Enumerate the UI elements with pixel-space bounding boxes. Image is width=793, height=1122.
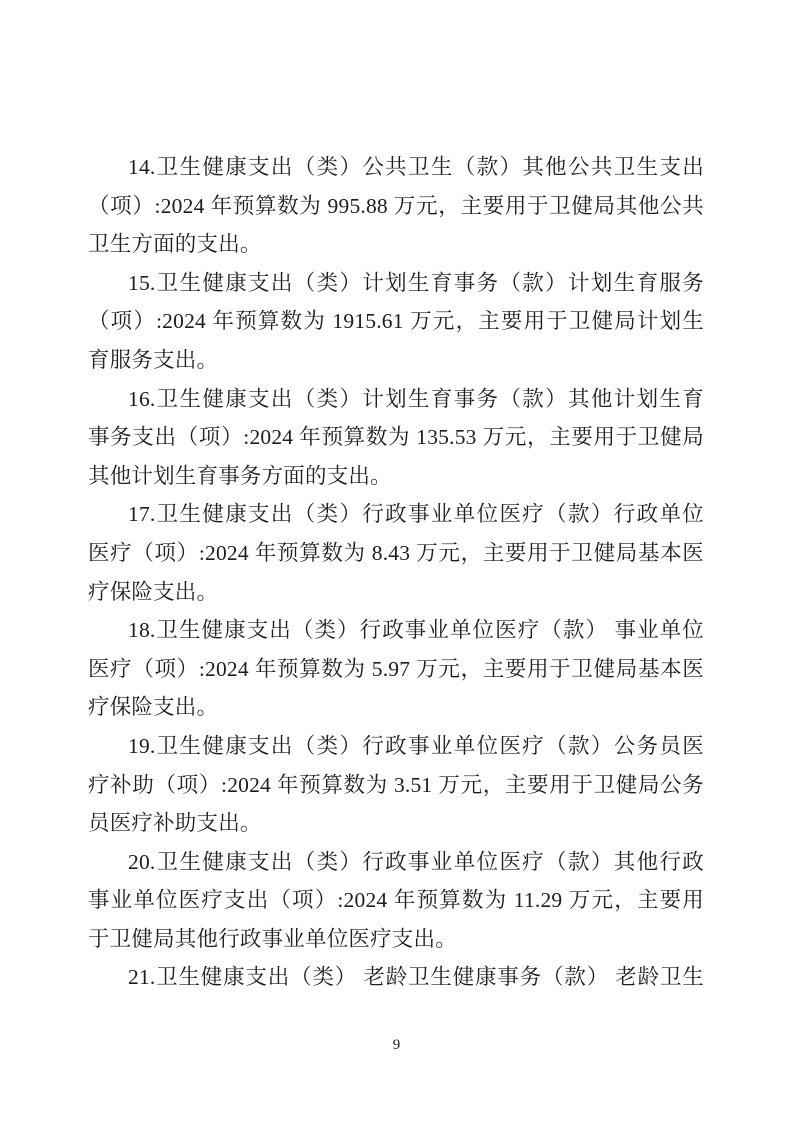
paragraph-line: 21.卫生健康支出（类） 老龄卫生健康事务（款） 老龄卫生 xyxy=(88,958,704,997)
paragraph-line: 医疗（项）:2024 年预算数为 5.97 万元，主要用于卫健局基本医 xyxy=(88,650,704,689)
paragraph-line: 疗保险支出。 xyxy=(88,688,704,727)
paragraph-line: 卫生方面的支出。 xyxy=(88,225,704,264)
paragraph-line: 16.卫生健康支出（类）计划生育事务（款）其他计划生育 xyxy=(88,380,704,419)
paragraph-line: 其他计划生育事务方面的支出。 xyxy=(88,457,704,496)
paragraph-line: 19.卫生健康支出（类）行政事业单位医疗（款）公务员医 xyxy=(88,727,704,766)
paragraph-line: 20.卫生健康支出（类）行政事业单位医疗（款）其他行政 xyxy=(88,843,704,882)
paragraph-line: 事业单位医疗支出（项）:2024 年预算数为 11.29 万元，主要用 xyxy=(88,881,704,920)
paragraph-line: 14.卫生健康支出（类）公共卫生（款）其他公共卫生支出 xyxy=(88,148,704,187)
document-body: 14.卫生健康支出（类）公共卫生（款）其他公共卫生支出（项）:2024 年预算数… xyxy=(88,148,704,997)
paragraph-line: 疗补助（项）:2024 年预算数为 3.51 万元，主要用于卫健局公务 xyxy=(88,766,704,805)
paragraph-line: 于卫健局其他行政事业单位医疗支出。 xyxy=(88,920,704,959)
paragraph-line: （项）:2024 年预算数为 1915.61 万元，主要用于卫健局计划生 xyxy=(88,302,704,341)
paragraph-line: 17.卫生健康支出（类）行政事业单位医疗（款）行政单位 xyxy=(88,495,704,534)
page-number: 9 xyxy=(0,1034,793,1056)
budget-paragraph: 20.卫生健康支出（类）行政事业单位医疗（款）其他行政事业单位医疗支出（项）:2… xyxy=(88,843,704,959)
budget-paragraph: 17.卫生健康支出（类）行政事业单位医疗（款）行政单位医疗（项）:2024 年预… xyxy=(88,495,704,611)
budget-paragraph: 18.卫生健康支出（类）行政事业单位医疗（款） 事业单位医疗（项）:2024 年… xyxy=(88,611,704,727)
paragraph-line: 15.卫生健康支出（类）计划生育事务（款）计划生育服务 xyxy=(88,264,704,303)
paragraph-line: 疗保险支出。 xyxy=(88,573,704,612)
budget-paragraph: 15.卫生健康支出（类）计划生育事务（款）计划生育服务（项）:2024 年预算数… xyxy=(88,264,704,380)
budget-paragraph: 14.卫生健康支出（类）公共卫生（款）其他公共卫生支出（项）:2024 年预算数… xyxy=(88,148,704,264)
paragraph-line: 员医疗补助支出。 xyxy=(88,804,704,843)
paragraph-line: 医疗（项）:2024 年预算数为 8.43 万元，主要用于卫健局基本医 xyxy=(88,534,704,573)
paragraph-line: 18.卫生健康支出（类）行政事业单位医疗（款） 事业单位 xyxy=(88,611,704,650)
budget-paragraph: 21.卫生健康支出（类） 老龄卫生健康事务（款） 老龄卫生 xyxy=(88,958,704,997)
paragraph-line: 育服务支出。 xyxy=(88,341,704,380)
budget-paragraph: 16.卫生健康支出（类）计划生育事务（款）其他计划生育事务支出（项）:2024 … xyxy=(88,380,704,496)
budget-paragraph: 19.卫生健康支出（类）行政事业单位医疗（款）公务员医疗补助（项）:2024 年… xyxy=(88,727,704,843)
paragraph-line: （项）:2024 年预算数为 995.88 万元，主要用于卫健局其他公共 xyxy=(88,187,704,226)
document-page: 14.卫生健康支出（类）公共卫生（款）其他公共卫生支出（项）:2024 年预算数… xyxy=(0,0,793,1122)
paragraph-line: 事务支出（项）:2024 年预算数为 135.53 万元，主要用于卫健局 xyxy=(88,418,704,457)
